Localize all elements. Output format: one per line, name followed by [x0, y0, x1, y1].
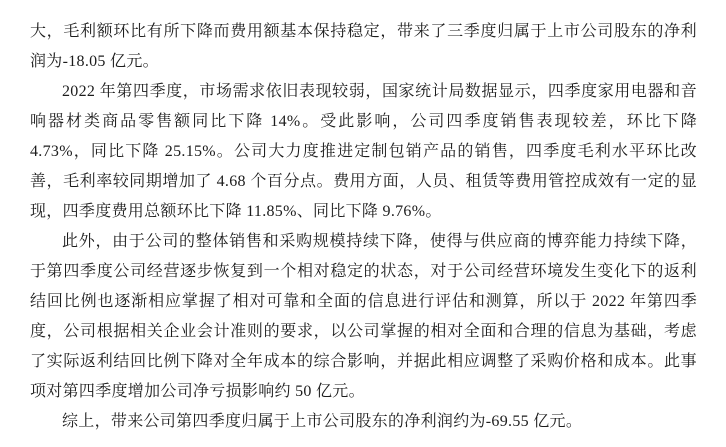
document-page: 大，毛利额环比有所下降而费用额基本保持稳定，带来了三季度归属于上市公司股东的净利… [0, 0, 726, 447]
paragraph-q3-net-profit-continuation: 大，毛利额环比有所下降而费用额基本保持稳定，带来了三季度归属于上市公司股东的净利… [30, 17, 697, 77]
paragraph-q4-net-profit-summary: 综上，带来公司第四季度归属于上市公司股东的净利润约为-69.55 亿元。 [30, 407, 697, 437]
document-body: 大，毛利额环比有所下降而费用额基本保持稳定，带来了三季度归属于上市公司股东的净利… [30, 17, 697, 437]
paragraph-q4-market-and-expenses: 2022 年第四季度，市场需求依旧表现较弱，国家统计局数据显示，四季度家用电器和… [30, 77, 697, 227]
paragraph-rebate-adjustment-impact: 此外，由于公司的整体销售和采购规模持续下降，使得与供应商的博弈能力持续下降，于第… [30, 227, 697, 407]
